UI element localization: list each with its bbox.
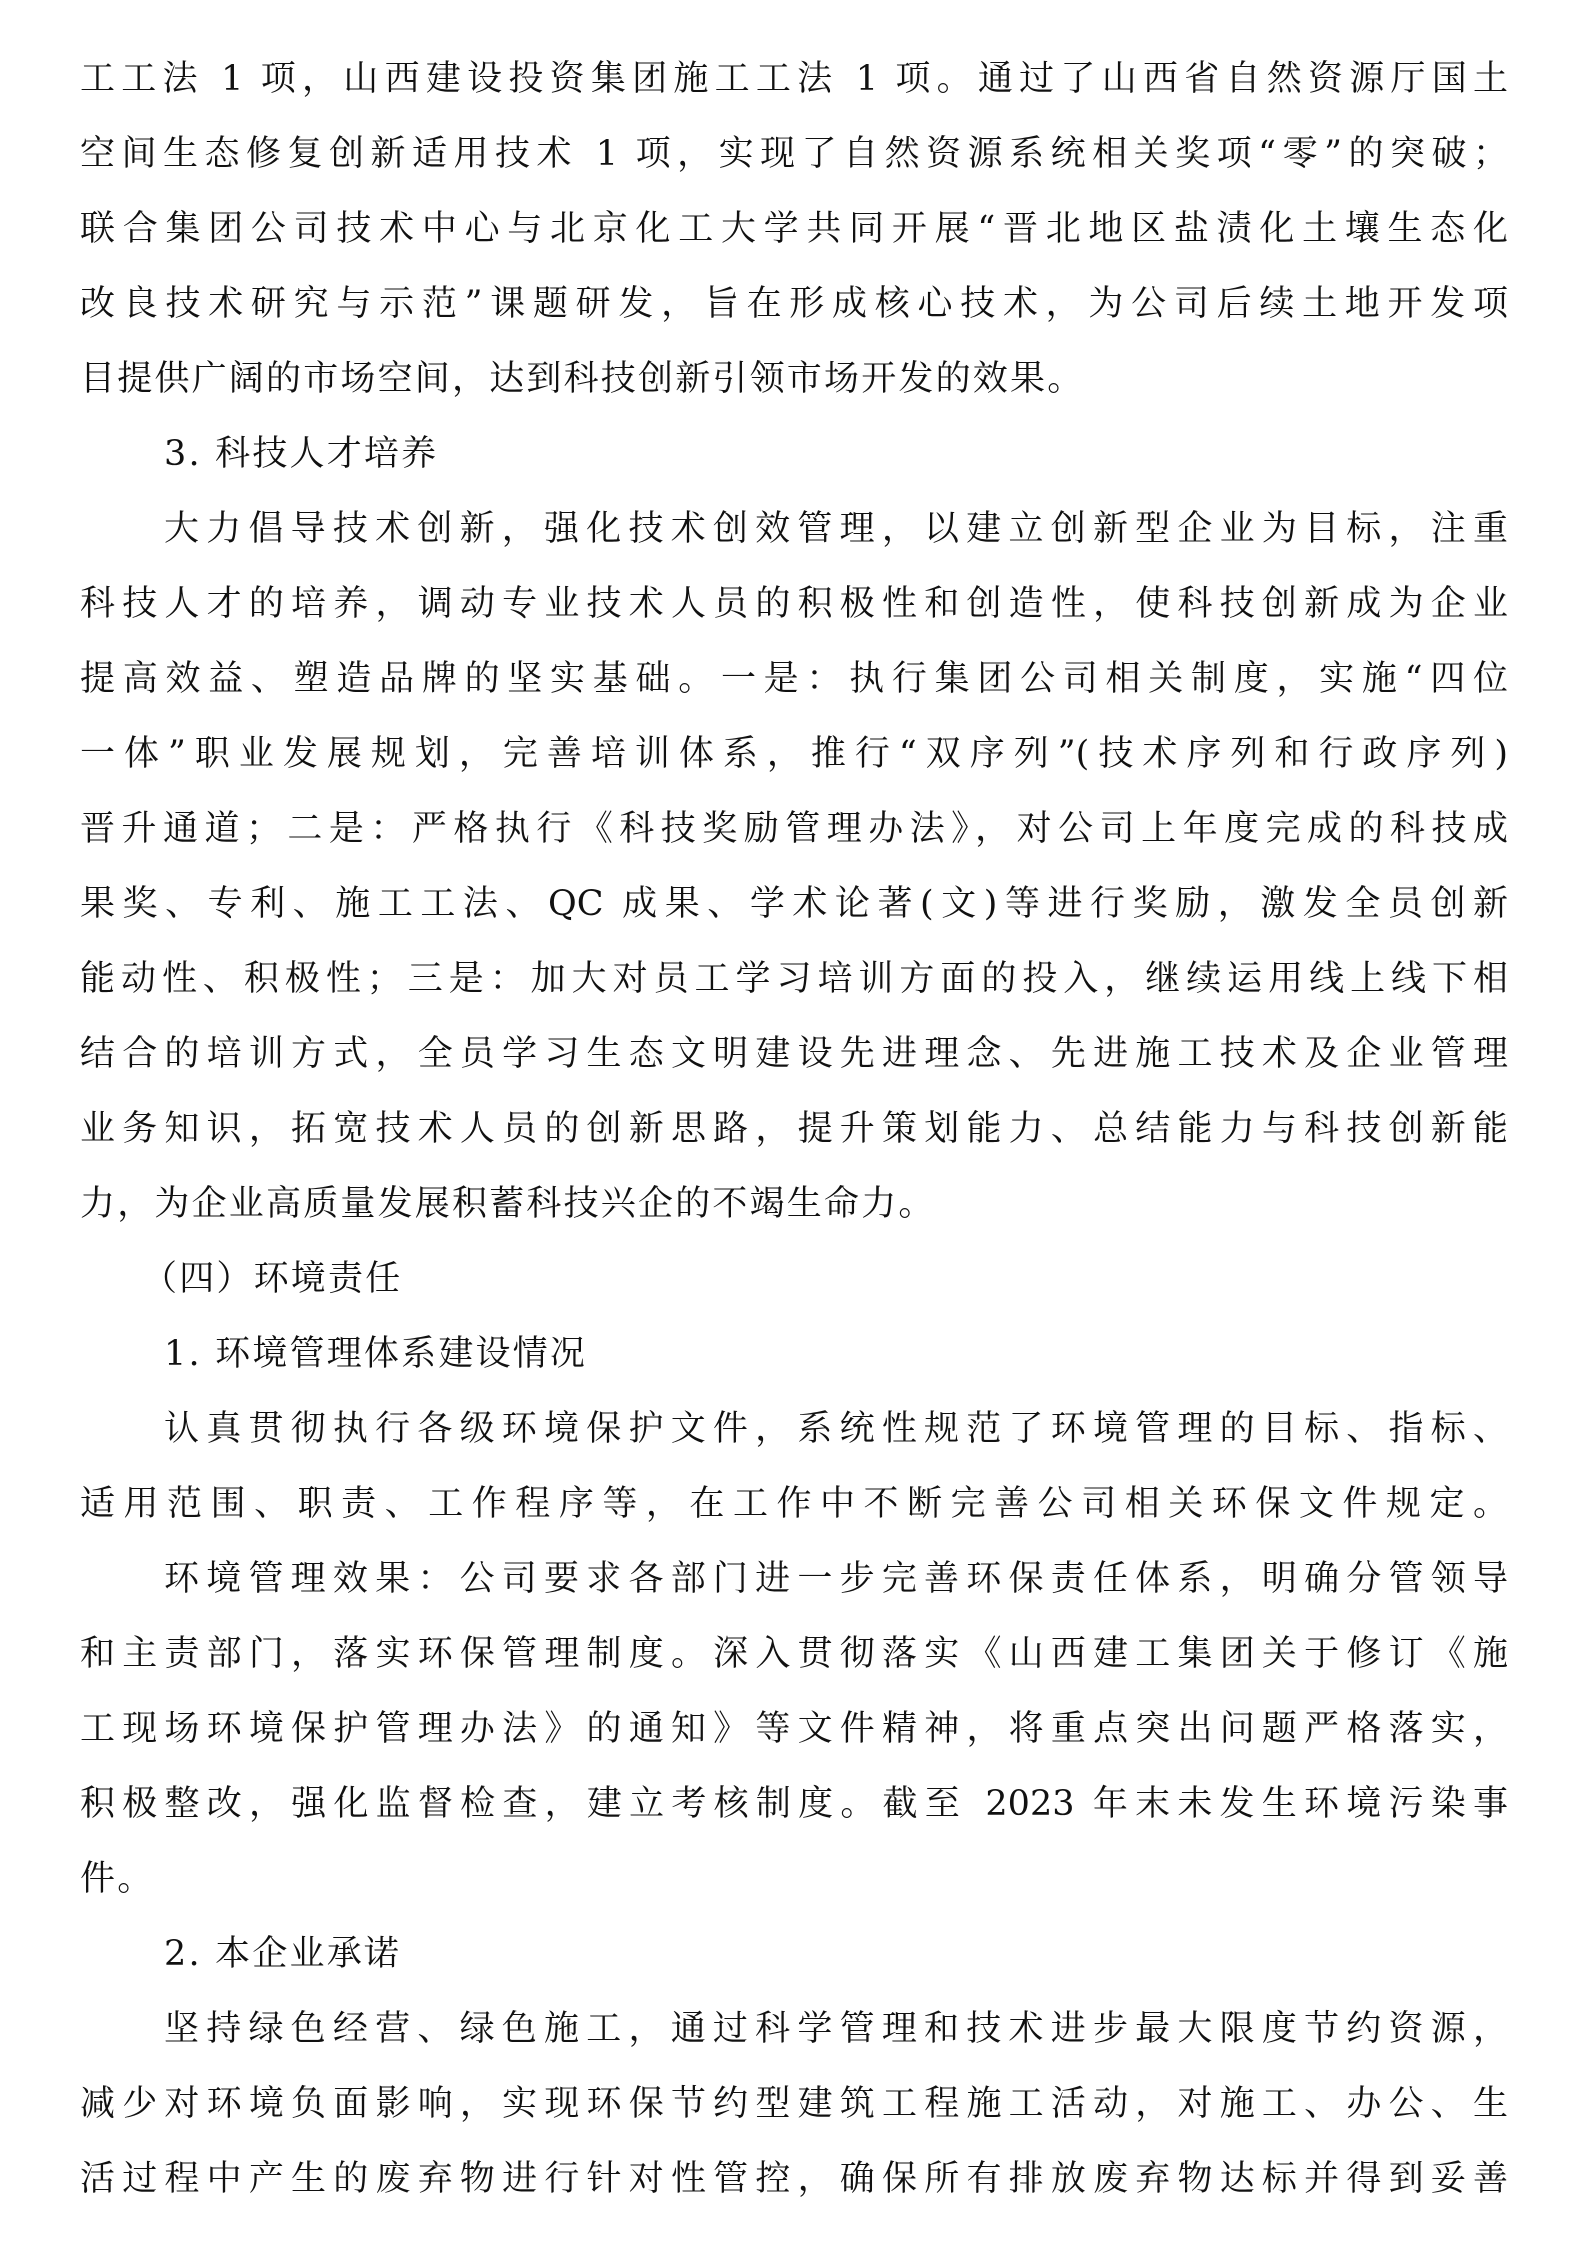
section-heading-commitment: 2. 本企业承诺 [80,1927,1508,2002]
document-page: 工工法 1 项，山西建设投资集团施工工法 1 项。通过了山西省自然资源厅国土 空… [80,52,1508,2227]
paragraph-line: 业务知识，拓宽技术人员的创新思路，提升策划能力、总结能力与科技创新能 [80,1102,1508,1177]
paragraph-line: 工现场环境保护管理办法》的通知》等文件精神，将重点突出问题严格落实， [80,1702,1508,1777]
paragraph-line: 认真贯彻执行各级环境保护文件，系统性规范了环境管理的目标、指标、 [80,1402,1508,1477]
paragraph-line: 能动性、积极性；三是：加大对员工学习培训方面的投入，继续运用线上线下相 [80,952,1508,1027]
paragraph-line: 结合的培训方式，全员学习生态文明建设先进理念、先进施工技术及企业管理 [80,1027,1508,1102]
paragraph-line: 联合集团公司技术中心与北京化工大学共同开展“晋北地区盐渍化土壤生态化 [80,202,1508,277]
paragraph-line: 提高效益、塑造品牌的坚实基础。一是：执行集团公司相关制度，实施“四位 [80,652,1508,727]
paragraph-line: 晋升通道；二是：严格执行《科技奖励管理办法》，对公司上年度完成的科技成 [80,802,1508,877]
paragraph-line: 件。 [80,1852,1508,1927]
paragraph-line: 环境管理效果：公司要求各部门进一步完善环保责任体系，明确分管领导 [80,1552,1508,1627]
paragraph-line: 果奖、专利、施工工法、QC 成果、学术论著(文)等进行奖励，激发全员创新 [80,877,1508,952]
paragraph-line: 目提供广阔的市场空间，达到科技创新引领市场开发的效果。 [80,352,1508,427]
section-heading-tech-talent: 3. 科技人才培养 [80,427,1508,502]
paragraph-line: 科技人才的培养，调动专业技术人员的积极性和创造性，使科技创新成为企业 [80,577,1508,652]
paragraph-line: 一体”职业发展规划，完善培训体系，推行“双序列”(技术序列和行政序列) [80,727,1508,802]
paragraph-line: 和主责部门，落实环保管理制度。深入贯彻落实《山西建工集团关于修订《施 [80,1627,1508,1702]
paragraph-line: 活过程中产生的废弃物进行针对性管控，确保所有排放废弃物达标并得到妥善 [80,2152,1508,2227]
paragraph-line: 力，为企业高质量发展积蓄科技兴企的不竭生命力。 [80,1177,1508,1252]
paragraph-line: 坚持绿色经营、绿色施工，通过科学管理和技术进步最大限度节约资源， [80,2002,1508,2077]
section-heading-environment: （四）环境责任 [80,1252,1508,1327]
paragraph-line: 工工法 1 项，山西建设投资集团施工工法 1 项。通过了山西省自然资源厅国土 [80,52,1508,127]
paragraph-line: 改良技术研究与示范”课题研发，旨在形成核心技术，为公司后续土地开发项 [80,277,1508,352]
section-heading-env-management-system: 1. 环境管理体系建设情况 [80,1327,1508,1402]
paragraph-line: 减少对环境负面影响，实现环保节约型建筑工程施工活动，对施工、办公、生 [80,2077,1508,2152]
paragraph-line: 适用范围、职责、工作程序等，在工作中不断完善公司相关环保文件规定。 [80,1477,1508,1552]
paragraph-line: 空间生态修复创新适用技术 1 项，实现了自然资源系统相关奖项“零”的突破； [80,127,1508,202]
paragraph-line: 积极整改，强化监督检查，建立考核制度。截至 2023 年末未发生环境污染事 [80,1777,1508,1852]
paragraph-line: 大力倡导技术创新，强化技术创效管理，以建立创新型企业为目标，注重 [80,502,1508,577]
